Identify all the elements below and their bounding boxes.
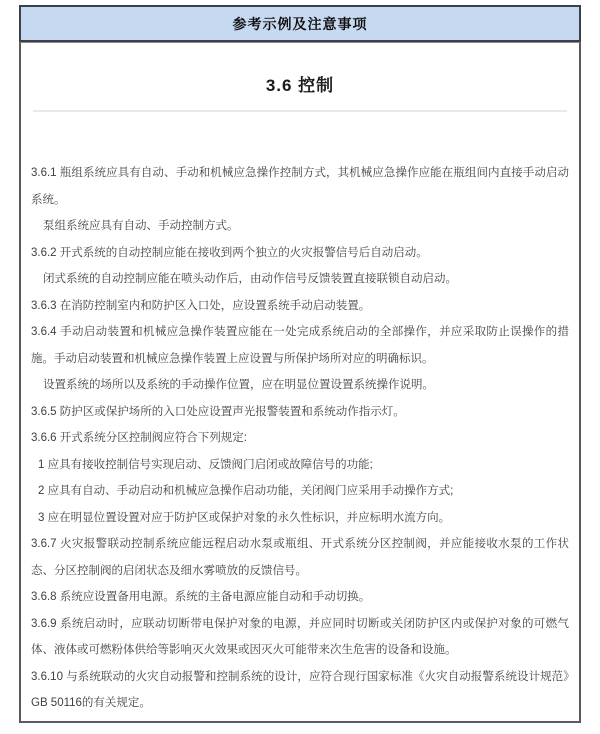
paragraph: 设置系统的场所以及系统的手动操作位置，应在明显位置设置系统操作说明。: [31, 372, 569, 399]
paragraph: 3.6.7 火灾报警联动控制系统应能远程启动水泵或瓶组、开式系统分区控制阀，并应…: [31, 531, 569, 584]
paragraph: 3 应在明显位置设置对应于防护区或保护对象的永久性标识，并应标明水流方向。: [31, 505, 569, 532]
paragraph: 3.6.1 瓶组系统应具有自动、手动和机械应急操作控制方式，其机械应急操作应能在…: [31, 160, 569, 213]
paragraph: 泵组系统应具有自动、手动控制方式。: [31, 213, 569, 240]
paragraph: 3.6.5 防护区或保护场所的入口处应设置声光报警装置和系统动作指示灯。: [31, 399, 569, 426]
paragraph: 3.6.8 系统应设置备用电源。系统的主备电源应能自动和手动切换。: [31, 584, 569, 611]
divider: [33, 110, 567, 112]
paragraph: 3.6.6 开式系统分区控制阀应符合下列规定:: [31, 425, 569, 452]
paragraph: 1 应具有接收控制信号实现启动、反馈阀门启闭或故障信号的功能;: [31, 452, 569, 479]
paragraph: 3.6.10 与系统联动的火灾自动报警和控制系统的设计，应符合现行国家标准《火灾…: [31, 664, 569, 717]
paragraph: 3.6.4 手动启动装置和机械应急操作装置应能在一处完成系统启动的全部操作，并应…: [31, 319, 569, 372]
header-bar: 参考示例及注意事项: [19, 5, 581, 42]
paragraph: 3.6.9 系统启动时，应联动切断带电保护对象的电源，并应同时切断或关闭防护区内…: [31, 611, 569, 664]
paragraph: 3.6.2 开式系统的自动控制应能在接收到两个独立的火灾报警信号后自动启动。: [31, 240, 569, 267]
section-title: 3.6 控制: [29, 71, 571, 96]
paragraph: 闭式系统的自动控制应能在喷头动作后，由动作信号反馈装置直接联锁自动启动。: [31, 266, 569, 293]
page: 参考示例及注意事项 3.6 控制 3.6.1 瓶组系统应具有自动、手动和机械应急…: [0, 0, 600, 734]
header-title: 参考示例及注意事项: [233, 14, 368, 34]
paragraph: 2 应具有自动、手动启动和机械应急操作启动功能，关闭阀门应采用手动操作方式;: [31, 478, 569, 505]
paragraph-list: 3.6.1 瓶组系统应具有自动、手动和机械应急操作控制方式，其机械应急操作应能在…: [31, 160, 569, 717]
paragraph: 3.6.3 在消防控制室内和防护区入口处，应设置系统手动启动装置。: [31, 293, 569, 320]
document-body: 3.6 控制 3.6.1 瓶组系统应具有自动、手动和机械应急操作控制方式，其机械…: [19, 42, 581, 723]
